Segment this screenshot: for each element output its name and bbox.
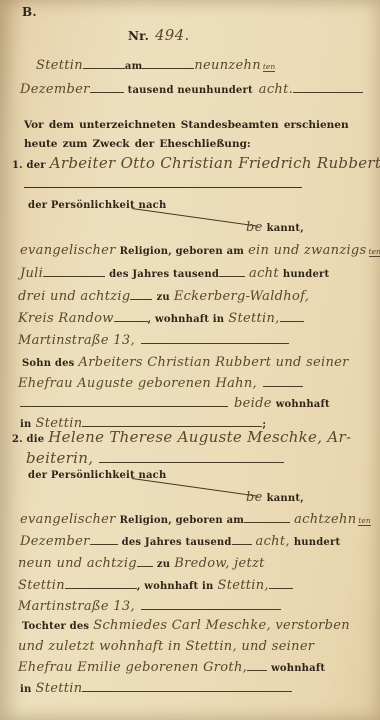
- am-label: am: [125, 61, 142, 72]
- groom-name-handwritten: Arbeiter Otto Christian Friedrich Rubber…: [50, 154, 380, 172]
- bride-birthplace2-line: Stettin , wohnhaft in Stettin,: [18, 578, 293, 593]
- groom-street-line: Martinstraße 13,: [18, 333, 289, 348]
- in-label: in: [20, 684, 31, 695]
- mother-handwritten: Ehefrau Emilie geborenen Groth,: [18, 660, 247, 675]
- document-scan: B. Nr. 494. Stettin am neunzehn ten Deze…: [0, 0, 380, 720]
- month-handwritten: Dezember: [20, 82, 90, 97]
- bride-residence-line: in Stettin: [20, 681, 292, 696]
- nr-value: 494.: [155, 26, 190, 44]
- blank-line: [43, 276, 105, 277]
- hundert-label: hundert: [283, 269, 329, 280]
- blank-line: [293, 92, 363, 93]
- period: .: [289, 82, 293, 97]
- blank-line: [83, 68, 125, 69]
- blank-line: [141, 343, 289, 344]
- religion-handwritten: evangelischer: [20, 243, 116, 258]
- zu-label: zu: [157, 559, 170, 570]
- bride-name2-handwritten: beiterin,: [26, 449, 93, 467]
- wohnhaft-in-label: , wohnhaft in: [137, 581, 214, 592]
- street-handwritten: Martinstraße 13,: [18, 599, 135, 614]
- birthplace2-handwritten: Stettin: [18, 578, 65, 593]
- blank-line: [232, 544, 252, 545]
- blank-line: [90, 544, 118, 545]
- blank-line: [263, 386, 303, 387]
- bride-mother-line: Ehefrau Emilie geborenen Groth, wohnhaft: [18, 660, 325, 675]
- blank-line: [141, 609, 281, 610]
- residence-handwritten: Stettin,: [218, 578, 269, 593]
- groom-father-line: Sohn des Arbeiters Christian Rubbert und…: [22, 355, 349, 370]
- kannt-label: kannt,: [267, 223, 304, 234]
- pen-stroke: [132, 208, 259, 227]
- religion-handwritten: evangelischer: [20, 512, 116, 527]
- bride-name-line: 2. die Helene Therese Auguste Meschke, A…: [12, 428, 351, 446]
- groom-birth-month-line: Juli des Jahres tausend acht hundert: [20, 266, 329, 281]
- date-line-year: Dezember tausend neunhundert acht .: [20, 82, 363, 97]
- century-handwritten: acht,: [256, 534, 290, 549]
- city-handwritten: Stettin: [36, 58, 83, 73]
- birthplace-handwritten: Eckerberg-Waldhof,: [174, 289, 309, 304]
- hundert-label: hundert: [294, 537, 340, 548]
- be-handwritten: be: [246, 490, 263, 505]
- religion-printed: Religion, geboren am: [120, 246, 244, 257]
- birth-day-superscript: ten: [358, 516, 370, 526]
- birthplace-handwritten: Bredow, jetzt: [174, 556, 264, 571]
- mother-handwritten: Ehefrau Auguste geborenen Hahn,: [18, 376, 257, 391]
- bride-birth-year-line: neun und achtzig zu Bredow, jetzt: [18, 556, 265, 571]
- bride-street-line: Martinstraße 13,: [18, 599, 281, 614]
- blank-line: [114, 321, 148, 322]
- wohnhaft-in-label: , wohnhaft in: [148, 314, 225, 325]
- father-handwritten: Arbeiters Christian Rubbert und seiner: [79, 355, 349, 370]
- bride-bekannt-line: be kannt,: [246, 490, 304, 505]
- blank-line: [219, 276, 245, 277]
- intro-paragraph: Vor dem unterzeichneten Standesbeamten e…: [24, 116, 350, 154]
- groom-mother-line: Ehefrau Auguste geborenen Hahn,: [18, 376, 303, 391]
- birth-day-handwritten: ein und zwanzigs: [248, 243, 366, 258]
- bride-religion-line: evangelischer Religion, geboren am achtz…: [20, 512, 371, 527]
- residence2-handwritten: Stettin: [35, 681, 82, 696]
- year-handwritten: neun und achtzig: [18, 556, 137, 571]
- sohn-des-label: Sohn des: [22, 358, 75, 369]
- jahres-label: des Jahres tausend: [109, 269, 219, 280]
- groom-religion-line: evangelischer Religion, geboren am ein u…: [20, 243, 380, 258]
- bride-name2-line: beiterin,: [26, 449, 284, 467]
- century-handwritten: acht: [249, 266, 279, 281]
- year-handwritten: acht: [259, 82, 289, 97]
- groom-index-label: 1. der: [12, 160, 46, 171]
- kannt-label: kannt,: [267, 493, 304, 504]
- day-handwritten: neunzehn: [194, 58, 261, 73]
- rule-line: [24, 187, 302, 188]
- birth-month-handwritten: Juli: [20, 266, 43, 281]
- bride-index-label: 2. die: [12, 434, 44, 445]
- bride-name-handwritten: Helene Therese Auguste Meschke, Ar-: [48, 428, 351, 446]
- birth-day-handwritten: achtzehn: [294, 512, 356, 527]
- blank-line: [280, 321, 304, 322]
- father2-handwritten: und zuletzt wohnhaft in Stettin, und sei…: [18, 639, 314, 654]
- wohnhaft-label: wohnhaft: [271, 663, 325, 674]
- blank-line: [20, 406, 228, 407]
- zu-label: zu: [156, 292, 169, 303]
- printed-year-words: tausend neunhundert: [128, 85, 253, 96]
- corner-letter: B.: [22, 5, 37, 19]
- jahres-label: des Jahres tausend: [122, 537, 232, 548]
- record-number-line: Nr. 494.: [128, 26, 190, 44]
- blank-line: [82, 426, 262, 427]
- blank-line: [137, 566, 153, 567]
- bride-father-line: Tochter des Schmiedes Carl Meschke, vers…: [22, 618, 350, 633]
- bride-father2-line: und zuletzt wohnhaft in Stettin, und sei…: [18, 639, 314, 654]
- day-superscript: ten: [263, 62, 275, 72]
- groom-kreis-line: Kreis Randow , wohnhaft in Stettin,: [18, 311, 304, 326]
- blank-line: [247, 670, 267, 671]
- be-handwritten: be: [246, 220, 263, 235]
- groom-bekannt-line: be kannt,: [246, 220, 304, 235]
- blank-line: [99, 462, 284, 463]
- bride-birth-month-line: Dezember des Jahres tausend acht, hunder…: [20, 534, 340, 549]
- groom-beide-line: beide wohnhaft: [20, 396, 330, 411]
- wohnhaft-label: wohnhaft: [276, 399, 330, 410]
- groom-name-line: 1. der Arbeiter Otto Christian Friedrich…: [12, 154, 380, 172]
- blank-line: [90, 92, 124, 93]
- groom-birth-year-line: drei und achtzig zu Eckerberg-Waldhof,: [18, 289, 309, 304]
- blank-line: [142, 68, 194, 69]
- birth-day-superscript: ten: [369, 247, 380, 257]
- year-handwritten: drei und achtzig: [18, 289, 130, 304]
- blank-line: [244, 522, 290, 523]
- blank-line: [65, 588, 137, 589]
- blank-line: [82, 691, 292, 692]
- kreis-handwritten: Kreis Randow: [18, 311, 114, 326]
- nr-label: Nr.: [128, 29, 149, 43]
- beide-handwritten: beide: [234, 396, 272, 411]
- birth-month-handwritten: Dezember: [20, 534, 90, 549]
- date-line-city: Stettin am neunzehn ten: [36, 58, 275, 73]
- residence-handwritten: Stettin,: [228, 311, 279, 326]
- tochter-des-label: Tochter des: [22, 621, 89, 632]
- religion-printed: Religion, geboren am: [120, 515, 244, 526]
- pen-stroke: [132, 478, 259, 497]
- street-handwritten: Martinstraße 13,: [18, 333, 135, 348]
- blank-line: [130, 299, 152, 300]
- father-handwritten: Schmiedes Carl Meschke, verstorben: [93, 618, 350, 633]
- corner-letter-text: B.: [22, 5, 37, 19]
- blank-line: [269, 588, 293, 589]
